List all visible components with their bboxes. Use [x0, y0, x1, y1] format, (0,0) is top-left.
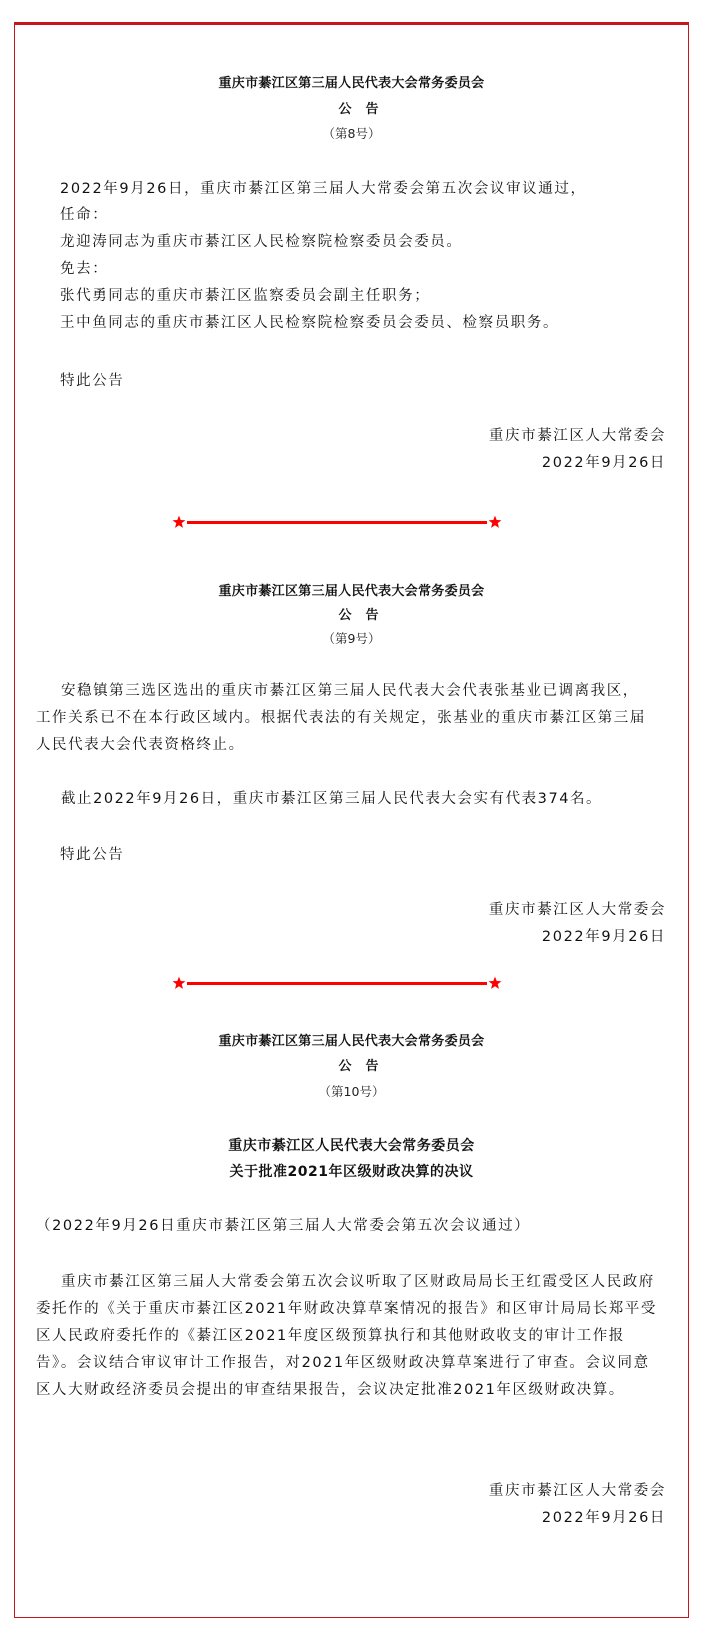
notice-9-heading: 公告	[14, 604, 703, 623]
notice-9-date: 2022年9月26日	[542, 924, 666, 951]
notice-9-number: （第9号）	[14, 629, 689, 647]
notice-8-signature: 重庆市綦江区人大常委会	[489, 423, 666, 450]
star-icon	[488, 515, 502, 529]
notice-8-line-4: 免去：	[60, 256, 108, 283]
resolution-title-line-1: 重庆市綦江区人民代表大会常务委员会	[14, 1135, 689, 1155]
notice-9-paragraph-1: 安稳镇第三选区选出的重庆市綦江区第三届人民代表大会代表张基业已调离我区，工作关系…	[36, 678, 652, 759]
notice-8-closing: 特此公告	[60, 368, 124, 395]
notice-10-number: （第10号）	[14, 1082, 689, 1100]
notice-9-org: 重庆市綦江区第三届人民代表大会常务委员会	[14, 580, 689, 599]
resolution-paragraph: 重庆市綦江区第三届人大常委会第五次会议听取了区财政局局长王红霞受区人民政府委托作…	[36, 1269, 660, 1404]
notice-8-line-1: 2022年9月26日，重庆市綦江区第三届人大常委会第五次会议审议通过，	[60, 176, 587, 203]
resolution-title-line-2: 关于批准2021年区级财政决算的决议	[14, 1161, 689, 1181]
notice-8-number: （第8号）	[14, 124, 689, 142]
notice-9-paragraph-2: 截止2022年9月26日，重庆市綦江区第三届人民代表大会实有代表374名。	[36, 786, 652, 813]
notice-9-signature: 重庆市綦江区人大常委会	[489, 897, 666, 924]
notice-10-date: 2022年9月26日	[542, 1505, 666, 1532]
star-icon	[488, 976, 502, 990]
notice-9-closing: 特此公告	[60, 842, 124, 869]
divider-line	[187, 982, 487, 985]
notice-10-org: 重庆市綦江区第三届人民代表大会常务委员会	[14, 1030, 689, 1049]
notice-8-heading: 公告	[14, 98, 703, 117]
notice-8-line-5: 张代勇同志的重庆市綦江区监察委员会副主任职务；	[60, 283, 430, 310]
notice-8-date: 2022年9月26日	[542, 450, 666, 477]
notice-8-line-3: 龙迎涛同志为重庆市綦江区人民检察院检察委员会委员。	[60, 229, 463, 256]
resolution-passed-note: （2022年9月26日重庆市綦江区第三届人大常委会第五次会议通过）	[36, 1213, 530, 1240]
notice-8-line-2: 任命：	[60, 202, 108, 229]
star-icon	[172, 976, 186, 990]
star-divider	[172, 976, 502, 990]
star-icon	[172, 515, 186, 529]
notice-10-heading: 公告	[14, 1055, 703, 1074]
divider-line	[187, 521, 487, 524]
notice-8-org: 重庆市綦江区第三届人民代表大会常务委员会	[14, 72, 689, 91]
notice-10-signature: 重庆市綦江区人大常委会	[489, 1478, 666, 1505]
notice-8-line-6: 王中鱼同志的重庆市綦江区人民检察院检察委员会委员、检察员职务。	[60, 310, 559, 337]
star-divider	[172, 515, 502, 529]
